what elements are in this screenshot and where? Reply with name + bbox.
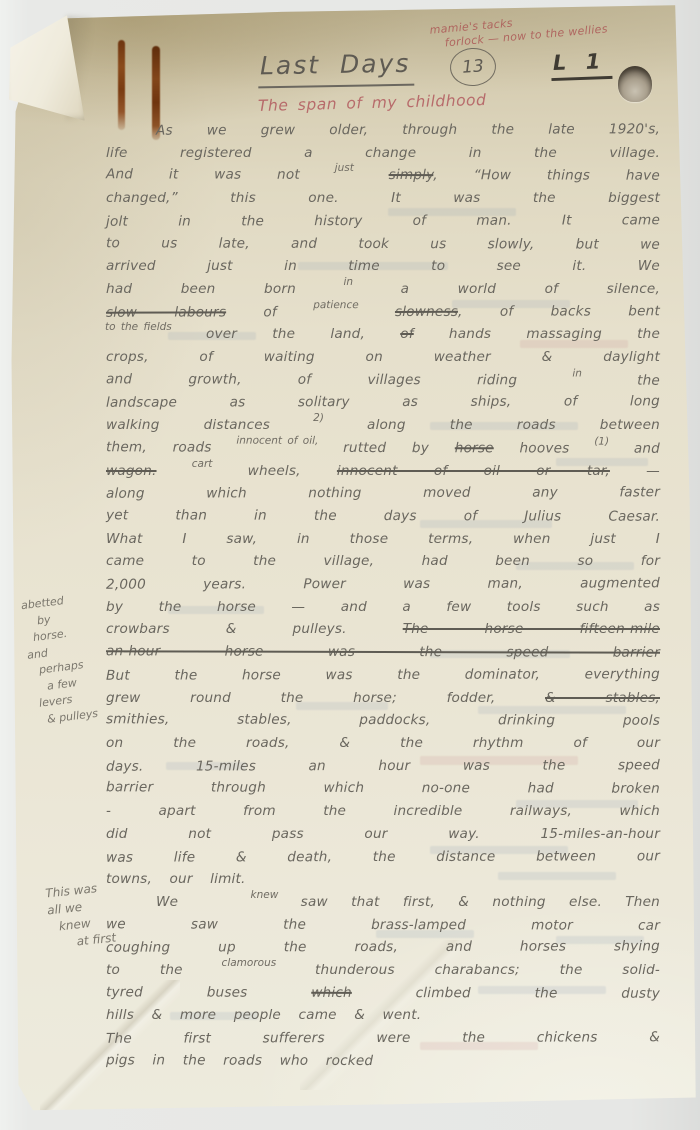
- manuscript-line: hills & more people came & went.: [106, 1004, 660, 1027]
- manuscript-line: an-hour horse was the speed barrier: [106, 640, 660, 664]
- manuscript-line: did not pass our way. 15-miles-an-hour: [106, 823, 660, 846]
- manuscript-line: 2,000 years. Power was man, augmented: [106, 572, 660, 596]
- struck-through-text: slow labours: [106, 304, 226, 320]
- manuscript-line: along which nothing moved any faster: [106, 482, 660, 506]
- struck-through-text: an-hour horse was the speed barrier: [106, 643, 660, 660]
- manuscript-line: As we grew older, through the late 1920'…: [106, 118, 660, 142]
- manuscript-line: - apart from the incredible railways, wh…: [106, 800, 660, 823]
- rust-stain: [118, 40, 125, 130]
- manuscript-line: barrier through which no-one had broken: [106, 777, 660, 801]
- manuscript-line: came to the village, had been so for: [106, 550, 660, 573]
- manuscript-line: landscape as solitary as ships, of long: [106, 391, 660, 415]
- margin-note: This wasall weknewat first: [45, 879, 117, 953]
- manuscript-line: crops, of waiting on weather & daylight: [106, 346, 660, 369]
- manuscript-line: wagon. cart wheels, innocent of oil or t…: [106, 460, 660, 483]
- manuscript-line: had been born in a world of silence,: [106, 278, 660, 301]
- manuscript-line: towns, our limit.: [106, 868, 660, 891]
- struck-through-text: & stables,: [545, 690, 660, 706]
- struck-through-text: slowness: [395, 303, 458, 319]
- manuscript-line: to the fields over the land, of hands ma…: [106, 323, 660, 346]
- photograph-background: mamie's tacks forlock — now to the welli…: [0, 0, 700, 1130]
- manuscript-line: tyred buses which climbed the dusty: [106, 981, 660, 1005]
- manuscript-line: coughing up the roads, and horses shying: [106, 936, 660, 960]
- manuscript-line: to us late, and took us slowly, but we: [106, 232, 660, 256]
- manuscript-line: slow labours of patience slowness, of ba…: [106, 300, 660, 324]
- struck-through-text: The horse fifteen-mile: [403, 621, 660, 637]
- struck-through-text: of: [400, 326, 414, 342]
- struck-through-text: simply: [389, 167, 434, 183]
- punch-hole: [618, 66, 652, 102]
- manuscript-line: and growth, of villages riding in the: [106, 368, 660, 392]
- manuscript-line: We knew saw that first, & nothing else. …: [106, 891, 660, 914]
- manuscript-line: to the clamorous thunderous charabancs; …: [106, 959, 660, 982]
- manuscript-line: changed,” this one. It was the biggest: [106, 187, 660, 210]
- struck-through-text: wagon.: [106, 463, 157, 479]
- manuscript-body: As we grew older, through the late 1920'…: [106, 119, 660, 1073]
- manuscript-line: life registered a change in the village.: [106, 142, 660, 165]
- folder-mark: L 1: [550, 49, 612, 81]
- manuscript-line: What I saw, in those terms, when just I: [106, 528, 660, 551]
- manuscript-line: pigs in the roads who rocked: [106, 1049, 660, 1073]
- struck-through-text: which: [311, 985, 352, 1001]
- manuscript-line: smithies, stables, paddocks, drinking po…: [106, 709, 660, 733]
- page-title: Last Days: [258, 49, 415, 89]
- struck-through-text: horse: [455, 440, 494, 456]
- manuscript-line: walking distances 2) along the roads bet…: [106, 414, 660, 437]
- manuscript-line: days. 15-miles an hour was the speed: [106, 754, 660, 778]
- manuscript-line: And it was not just simply, “How things …: [106, 164, 660, 188]
- manuscript-line: yet than in the days of Julius Caesar.: [106, 504, 660, 528]
- manuscript-line: grew round the horse; fodder, & stables,: [106, 687, 660, 710]
- manuscript-line: on the roads, & the rhythm of our: [106, 732, 660, 755]
- manuscript-line: The first sufferers were the chickens &: [106, 1026, 660, 1050]
- struck-through-text: innocent of oil or tar,: [337, 463, 610, 479]
- manuscript-line: them, roads innocent of oil, rutted by h…: [106, 436, 660, 460]
- manuscript-line: jolt in the history of man. It came: [106, 209, 660, 233]
- manuscript-line: we saw the brass-lamped motor car: [106, 913, 660, 937]
- manuscript-line: crowbars & pulleys. The horse fifteen-mi…: [106, 618, 660, 641]
- manuscript-line: But the horse was the dominator, everyth…: [106, 663, 660, 687]
- manuscript-line: arrived just in time to see it. We: [106, 255, 660, 278]
- manuscript-line: by the horse — and a few tools such as: [106, 596, 660, 619]
- manuscript-line: was life & death, the distance between o…: [106, 845, 660, 869]
